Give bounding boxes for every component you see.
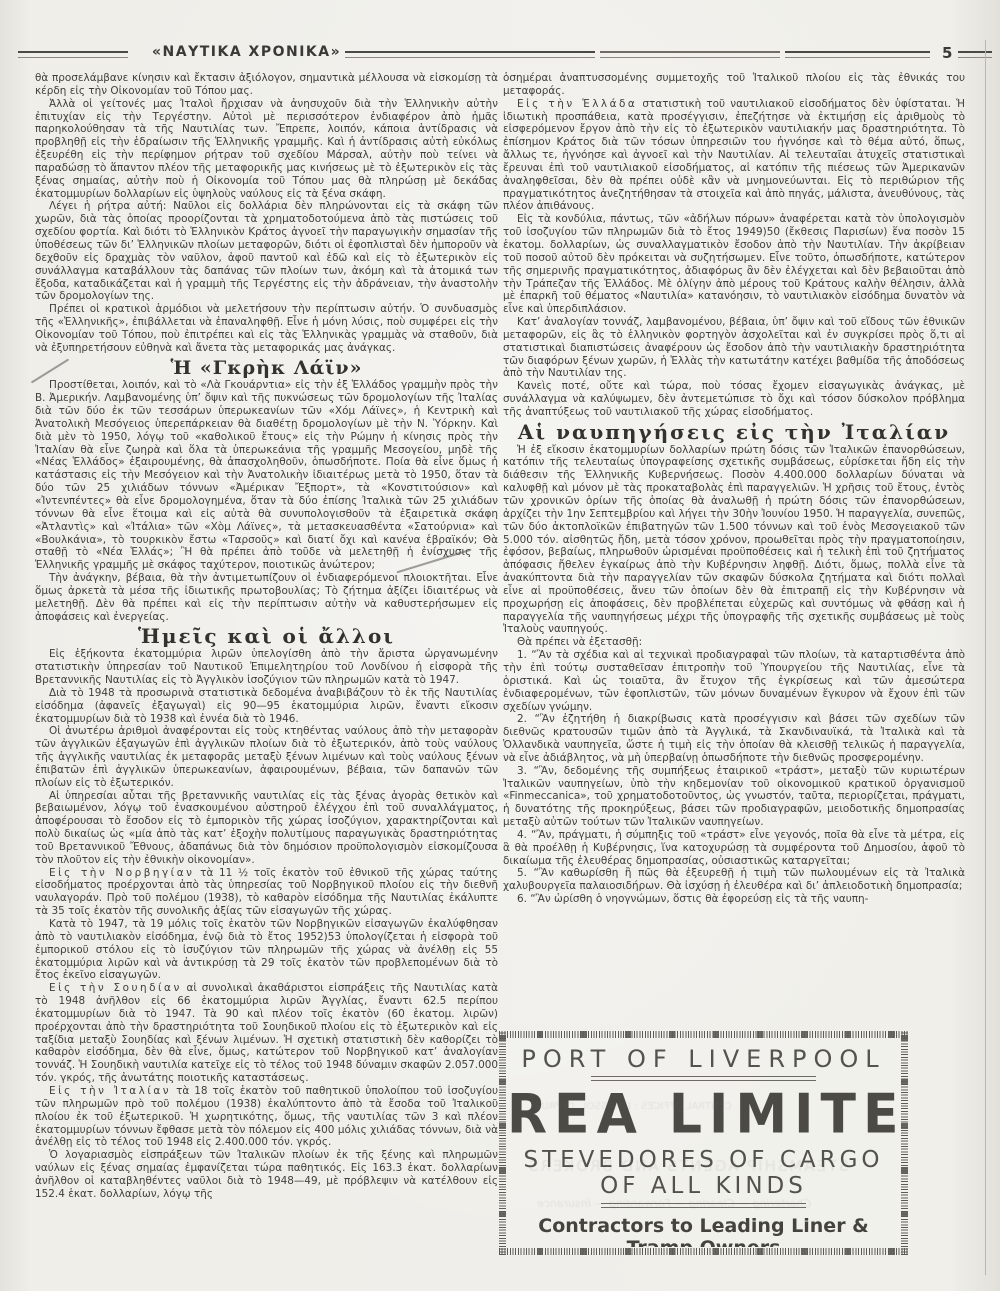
body-paragraph: 1. “Ἂν τὰ σχέδια καὶ αἱ τεχνικαὶ προδιαγ…	[503, 649, 965, 713]
body-paragraph: Αἱ ὑπηρεσίαι αὗται τῆς βρεταννικῆς ναυτι…	[35, 790, 498, 867]
body-paragraph: 6. “Ἂν ὡρίσθη ὁ νηογνώμων, ὅστις θὰ ἐφορ…	[503, 893, 965, 906]
ad-border-top	[499, 1031, 908, 1038]
page-edge-line	[985, 40, 986, 1275]
rea-limited-advertisement: PORT OF LIVERPOOL REA LIMITED STEVEDORES…	[499, 1031, 908, 1255]
page-number: 5	[942, 44, 952, 62]
scanned-journal-page: «ΝΑΥΤΙΚΑ ΧΡΟΝΙΚΑ» 5 θὰ προσελάμβανε κίνη…	[0, 0, 1000, 1291]
spaced-lead-text: Εἰς τὴν Ἰταλίαν	[49, 1085, 171, 1097]
body-paragraph: Ἀλλὰ οἱ γείτονές μας Ἰταλοὶ ἤρχισαν νὰ ἀ…	[35, 98, 498, 201]
ad-border-left	[499, 1031, 506, 1255]
ad-port-of-liverpool: PORT OF LIVERPOOL	[507, 1045, 900, 1073]
left-text-column: θὰ προσελάμβανε κίνησιν καὶ ἔκτασιν ἀξιό…	[35, 72, 498, 1257]
body-paragraph: Εἰς ἑξήκοντα ἑκατομμύρια λιρῶν ὑπελογίσθ…	[35, 648, 498, 687]
header-rule-mid1	[345, 51, 595, 58]
body-paragraph: Τὴν ἀνάγκην, βέβαια, θὰ τὴν ἀντιμετωπίζο…	[35, 572, 498, 623]
spaced-lead-text: Εἰς τὴν Σουηδίαν	[49, 982, 182, 994]
body-paragraph: Θὰ πρέπει νὰ ἐξετασθῇ:	[503, 636, 965, 649]
section-heading: Ἡμεῖς καὶ οἱ ἄλλοι	[35, 630, 498, 643]
spaced-lead-text: Εἰς τὴν Νορβηγίαν	[49, 867, 194, 879]
ad-border-bottom	[499, 1248, 908, 1255]
section-heading: Αἱ ναυπηγήσεις εἰς τὴν Ἰταλίαν	[503, 426, 965, 439]
ad-tagline: Contractors to Leading Liner & Tramp Own…	[507, 1215, 900, 1247]
body-paragraph: 2. “Ἂν ἐζητήθη ἡ διακρίβωσις κατὰ προσέγ…	[503, 713, 965, 764]
ad-stevedores-line: STEVEDORES OF CARGO	[507, 1147, 900, 1173]
body-paragraph: ὁσημέραι ἀναπτυσσομένης συμμετοχῆς τοῦ Ἰ…	[503, 72, 965, 98]
header-rule-right	[958, 51, 992, 58]
header-rule-mid3	[785, 51, 930, 58]
body-paragraph: Εἰς τὴν Νορβηγίαν τὰ 11 ½ τοῖς ἑκατὸν το…	[35, 867, 498, 918]
spaced-lead-text: Εἰς τὴν Ἑλλάδα	[517, 98, 637, 110]
ad-kinds-line: OF ALL KINDS	[507, 1173, 900, 1199]
body-paragraph: Πρέπει οἱ κρατικοὶ ἁρμόδιοι νὰ μελετήσου…	[35, 303, 498, 354]
page-header: «ΝΑΥΤΙΚΑ ΧΡΟΝΙΚΑ» 5	[0, 44, 1000, 66]
body-paragraph: 4. “Ἂν, πράγματι, ἡ σύμπηξις τοῦ «τράστ»…	[503, 829, 965, 868]
body-paragraph: Εἰς τὰ κονδύλια, πάντως, τῶν «ἀδήλων πόρ…	[503, 213, 965, 316]
ad-content: PORT OF LIVERPOOL REA LIMITED STEVEDORES…	[507, 1039, 900, 1247]
body-paragraph: Προστίθεται, λοιπόν, καὶ τὸ «Λὰ Γκουάρντ…	[35, 379, 498, 572]
body-paragraph: Εἰς τὴν Ἑλλάδα στατιστικὴ τοῦ ναυτιλιακο…	[503, 98, 965, 214]
body-paragraph: Λέγει ἡ ρήτρα αὐτή: Ναῦλοι εἰς δολλάρια …	[35, 200, 498, 303]
header-rule-mid2	[600, 51, 780, 58]
header-rule-left	[18, 51, 128, 58]
ad-tagline-line2: Tramp Owners	[627, 1237, 781, 1247]
body-paragraph: Διὰ τὸ 1948 τὰ προσωρινὰ στατιστικὰ δεδο…	[35, 687, 498, 726]
body-paragraph: Ὁ λογαριασμὸς εἰσπράξεων τῶν Ἰταλικῶν πλ…	[35, 1149, 498, 1200]
body-paragraph: Κατ’ ἀναλογίαν τοννάζ, λαμβανομένου, βέβ…	[503, 316, 965, 380]
ad-divider-rule	[601, 1203, 806, 1208]
journal-title: «ΝΑΥΤΙΚΑ ΧΡΟΝΙΚΑ»	[152, 44, 341, 60]
body-paragraph: 3. “Ἂν, δεδομένης τῆς συμπήξεως ἑταιρικο…	[503, 765, 965, 829]
body-paragraph: Εἰς τὴν Σουηδίαν αἱ συνολικαὶ ἀκαθάριστο…	[35, 982, 498, 1085]
body-paragraph: Ἡ ἐξ εἴκοσιν ἑκατομμυρίων δολλαρίων πρώτ…	[503, 444, 965, 637]
body-paragraph: Κατὰ τὸ 1947, τὰ 19 μόλις τοῖς ἑκατὸν τῶ…	[35, 918, 498, 982]
body-paragraph: Οἱ ἀνωτέρω ἀριθμοὶ ἀναφέρονται εἰς τοὺς …	[35, 725, 498, 789]
ad-tagline-line1: Contractors to Leading Liner &	[538, 1215, 869, 1237]
body-paragraph: 5. “Ἂν καθωρίσθη ἢ πῶς θὰ ἐξευρεθῇ ἡ τιμ…	[503, 867, 965, 893]
right-text-column: ὁσημέραι ἀναπτυσσομένης συμμετοχῆς τοῦ Ἰ…	[503, 72, 965, 1030]
section-heading: Ἡ «Γκρὴκ Λάϊν»	[35, 362, 498, 375]
body-paragraph: Εἰς τὴν Ἰταλίαν τὰ 18 τοῖς ἑκατὸν τοῦ πα…	[35, 1085, 498, 1149]
ad-company-name: REA LIMITED	[507, 1084, 900, 1146]
ad-border-right	[901, 1031, 908, 1255]
ad-divider-rule	[591, 1076, 816, 1081]
body-paragraph: θὰ προσελάμβανε κίνησιν καὶ ἔκτασιν ἀξιό…	[35, 72, 498, 98]
body-paragraph: Κανεὶς ποτέ, οὔτε καὶ τώρα, ποὺ τόσας ἔχ…	[503, 380, 965, 419]
